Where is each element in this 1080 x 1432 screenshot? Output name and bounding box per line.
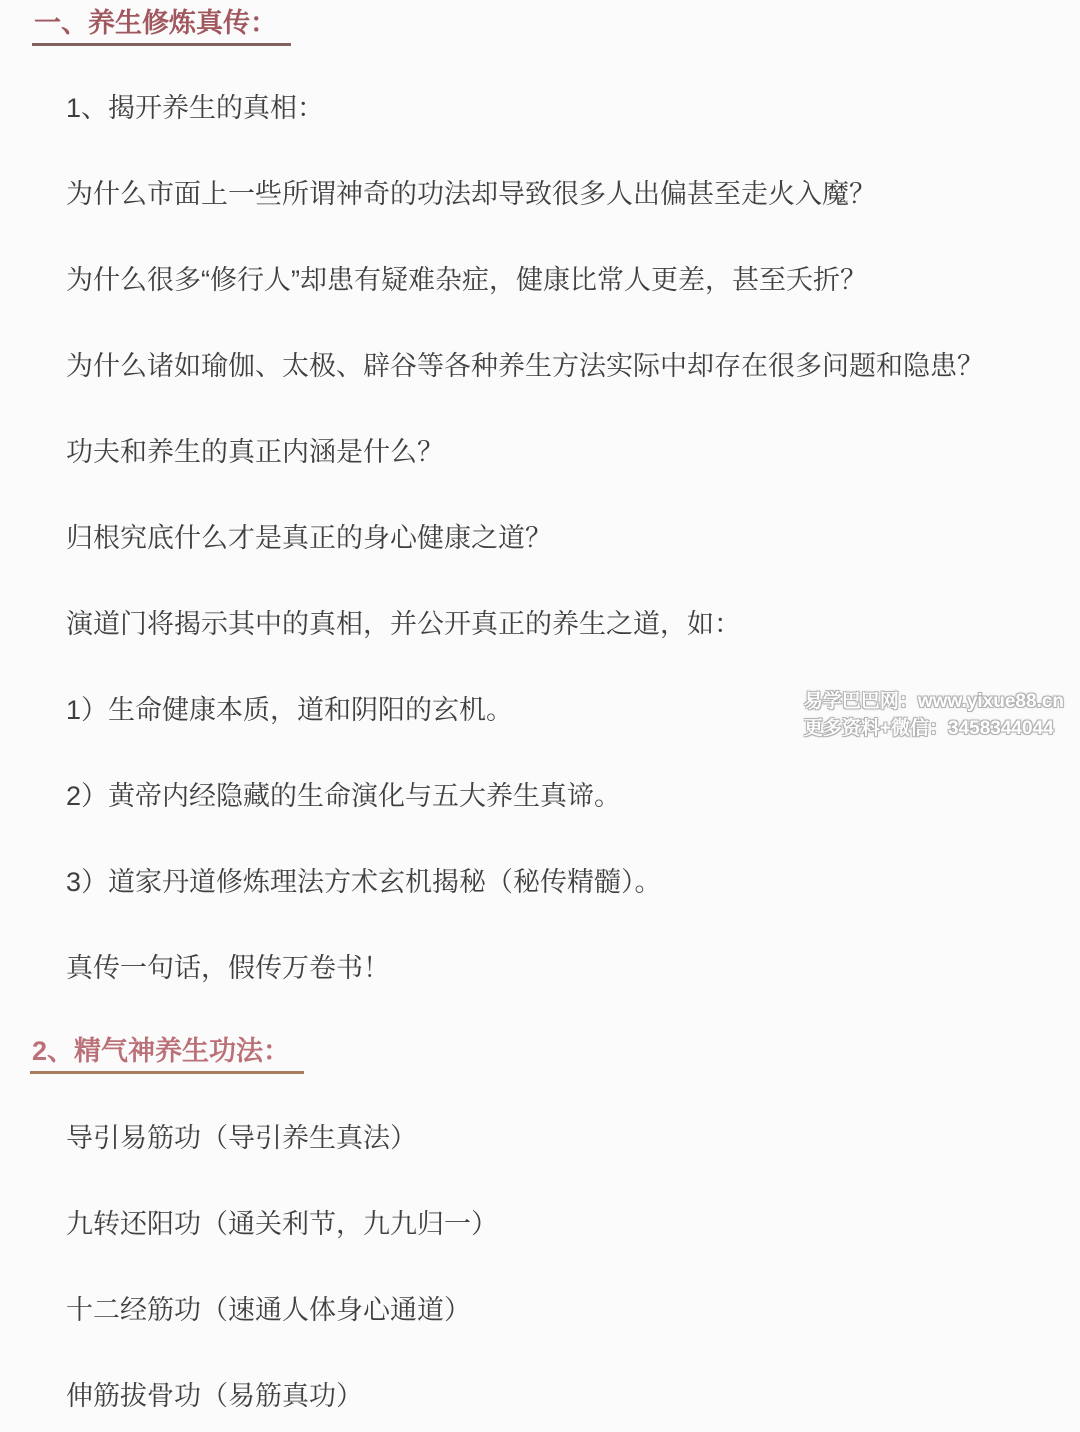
paragraph: 为什么诸如瑜伽、太极、辟谷等各种养生方法实际中却存在很多问题和隐患？ [66,348,1080,384]
paragraph-numbered-point: 2）黄帝内经隐藏的生命演化与五大养生真谛。 [66,778,1080,814]
paragraph-numbered-point: 3）道家丹道修炼理法方术玄机揭秘（秘传精髓）。 [66,864,1080,900]
paragraph: 为什么很多“修行人”却患有疑难杂症，健康比常人更差，甚至夭折？ [66,262,1080,298]
paragraph-gongfa-item: 伸筋拔骨功（易筋真功） [66,1378,1080,1414]
paragraph-closing: 真传一句话，假传万卷书！ [66,950,1080,986]
section-heading-2: 2、精气神养生功法： [30,1036,1080,1074]
paragraph: 演道门将揭示其中的真相，并公开真正的养生之道，如： [66,606,1080,642]
document-page: 一、养生修炼真传： 1、揭开养生的真相： 为什么市面上一些所谓神奇的功法却导致很… [0,0,1080,1432]
section-heading-1: 一、养生修炼真传： [32,8,1080,46]
section-heading-1-text: 一、养生修炼真传： [32,8,291,46]
section-heading-2-text: 2、精气神养生功法： [30,1036,304,1074]
paragraph: 为什么市面上一些所谓神奇的功法却导致很多人出偏甚至走火入魔？ [66,176,1080,212]
paragraph-gongfa-item: 导引易筋功（导引养生真法） [66,1120,1080,1156]
paragraph-subheading: 1、揭开养生的真相： [66,90,1080,126]
paragraph-gongfa-item: 十二经筋功（速通人体身心通道） [66,1292,1080,1328]
paragraph: 归根究底什么才是真正的身心健康之道？ [66,520,1080,556]
paragraph: 功夫和养生的真正内涵是什么？ [66,434,1080,470]
paragraph-numbered-point: 1）生命健康本质，道和阴阳的玄机。 [66,692,1080,728]
paragraph-gongfa-item: 九转还阳功（通关利节，九九归一） [66,1206,1080,1242]
